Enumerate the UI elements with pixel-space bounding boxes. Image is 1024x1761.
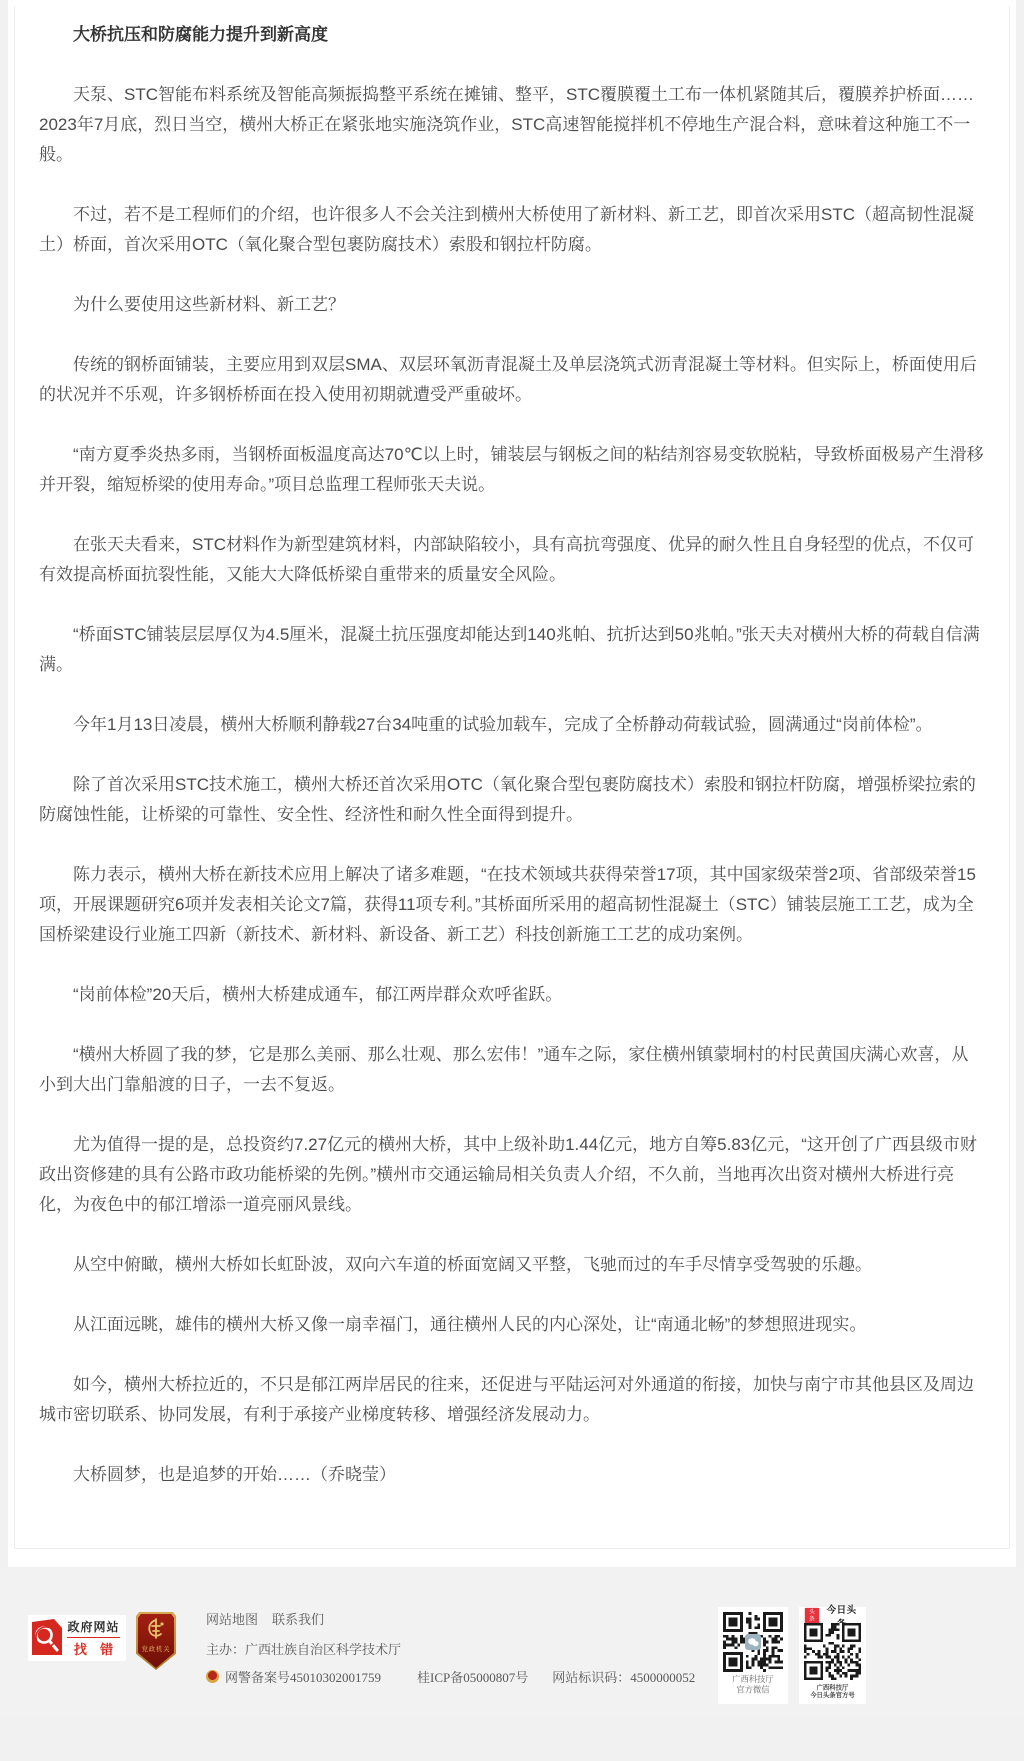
party-gov-emblem-icon bbox=[143, 1618, 169, 1646]
site-host-line: 主办：广西壮族自治区科学技术厅 bbox=[206, 1639, 695, 1658]
article-paragraph: 从空中俯瞰，横州大桥如长虹卧波，双向六车道的桥面宽阔又平整，飞驰而过的车手尽情享… bbox=[39, 1250, 985, 1280]
article-paragraph: “南方夏季炎热多雨，当钢桥面板温度高达70℃以上时，铺装层与钢板之间的粘结剂容易… bbox=[39, 440, 985, 500]
police-record-link[interactable]: 网警备案号45010302001759 bbox=[225, 1667, 381, 1686]
party-gov-org-badge[interactable]: 党政机关 bbox=[136, 1612, 176, 1670]
article-content-box: 大桥抗压和防腐能力提升到新高度 天泵、STC智能布料系统及智能高频振捣整平系统在… bbox=[14, 6, 1010, 1549]
wechat-qr-card: 广西科技厅 官方微信 bbox=[718, 1607, 788, 1704]
article-paragraph: 不过，若不是工程师们的介绍，也许很多人不会关注到横州大桥使用了新材料、新工艺，即… bbox=[39, 200, 985, 260]
toutiao-qr-card: 头条 今日头条 广西科技厅 今日头条官方号 bbox=[799, 1607, 866, 1704]
gov-site-error-report-badge[interactable]: 政府网站 找 错 bbox=[28, 1615, 126, 1661]
footer-info: 网站地图联系我们 主办：广西壮族自治区科学技术厅 网警备案号4501030200… bbox=[206, 1609, 695, 1686]
article-paragraph: 天泵、STC智能布料系统及智能高频振捣整平系统在摊铺、整平，STC覆膜覆土工布一… bbox=[39, 80, 985, 170]
article-paragraph: 大桥圆梦，也是追梦的开始……（乔晓莹） bbox=[39, 1460, 985, 1490]
article-paragraph: 从江面远眺，雄伟的横州大桥又像一扇幸福门，通往横州人民的内心深处，让“南通北畅”… bbox=[39, 1310, 985, 1340]
toutiao-qr-code bbox=[804, 1623, 861, 1680]
article-paragraph: “横州大桥圆了我的梦，它是那么美丽、那么壮观、那么宏伟！”通车之际，家住横州镇蒙… bbox=[39, 1040, 985, 1100]
site-identification-code: 网站标识码：4500000052 bbox=[552, 1667, 695, 1686]
record-numbers-line: 网警备案号45010302001759 桂ICP备05000807号 网站标识码… bbox=[206, 1667, 695, 1686]
footer-qr-codes: 广西科技厅 官方微信 头条 今日头条 广西科技厅 今日头条官方号 bbox=[718, 1607, 866, 1704]
article-paragraph: 为什么要使用这些新材料、新工艺？ bbox=[39, 290, 985, 320]
article-paragraph: 今年1月13日凌晨，横州大桥顺利静载27台34吨重的试验加载车，完成了全桥静动荷… bbox=[39, 710, 985, 740]
footer-links: 网站地图联系我们 bbox=[206, 1609, 695, 1628]
page-footer: 政府网站 找 错 党政机关 网站地图联系我们 主办：广西壮族自治区科学技术厅 bbox=[0, 1567, 1024, 1718]
article-paragraph: 传统的钢桥面铺装，主要应用到双层SMA、双层环氧沥青混凝土及单层浇筑式沥青混凝土… bbox=[39, 350, 985, 410]
toutiao-logo-badge: 头条 bbox=[805, 1607, 819, 1623]
page-container: 大桥抗压和防腐能力提升到新高度 天泵、STC智能布料系统及智能高频振捣整平系统在… bbox=[8, 0, 1016, 1567]
article-paragraph: 陈力表示，横州大桥在新技术应用上解决了诸多难题，“在技术领域共获得荣誉17项，其… bbox=[39, 860, 985, 950]
article-heading: 大桥抗压和防腐能力提升到新高度 bbox=[39, 20, 985, 50]
article-body: 天泵、STC智能布料系统及智能高频振捣整平系统在摊铺、整平，STC覆膜覆土工布一… bbox=[39, 80, 985, 1490]
article-paragraph: 除了首次采用STC技术施工，横州大桥还首次采用OTC（氧化聚合型包裹防腐技术）索… bbox=[39, 770, 985, 830]
party-gov-badge-label: 党政机关 bbox=[140, 1646, 172, 1653]
gov-site-badge-text: 政府网站 bbox=[67, 1618, 119, 1638]
article-paragraph: 在张天夫看来，STC材料作为新型建筑材料，内部缺陷较小，具有高抗弯强度、优异的耐… bbox=[39, 530, 985, 590]
article-paragraph: “岗前体检”20天后，横州大桥建成通车，郁江两岸群众欢呼雀跃。 bbox=[39, 980, 985, 1010]
wechat-qr-caption: 广西科技厅 官方微信 bbox=[726, 1675, 781, 1695]
footer-link[interactable]: 网站地图 bbox=[206, 1612, 258, 1627]
wechat-icon bbox=[745, 1634, 761, 1650]
article-paragraph: 如今，横州大桥拉近的，不只是郁江两岸居民的往来，还促进与平陆运河对外通道的衔接，… bbox=[39, 1370, 985, 1430]
article-paragraph: 尤为值得一提的是，总投资约7.27亿元的横州大桥，其中上级补助1.44亿元，地方… bbox=[39, 1130, 985, 1220]
footer-link[interactable]: 联系我们 bbox=[272, 1612, 324, 1627]
article-paragraph: “桥面STC铺装层层厚仅为4.5厘米，混凝土抗压强度却能达到140兆帕、抗折达到… bbox=[39, 620, 985, 680]
police-badge-icon bbox=[206, 1670, 219, 1683]
find-error-badge-text: 找 错 bbox=[64, 1639, 123, 1658]
magnifier-flag-icon bbox=[30, 1619, 64, 1657]
footer-badges: 政府网站 找 错 党政机关 bbox=[28, 1609, 176, 1670]
toutiao-qr-caption: 广西科技厅 今日头条官方号 bbox=[809, 1683, 857, 1698]
icp-number-link[interactable]: 桂ICP备05000807号 bbox=[417, 1667, 528, 1686]
